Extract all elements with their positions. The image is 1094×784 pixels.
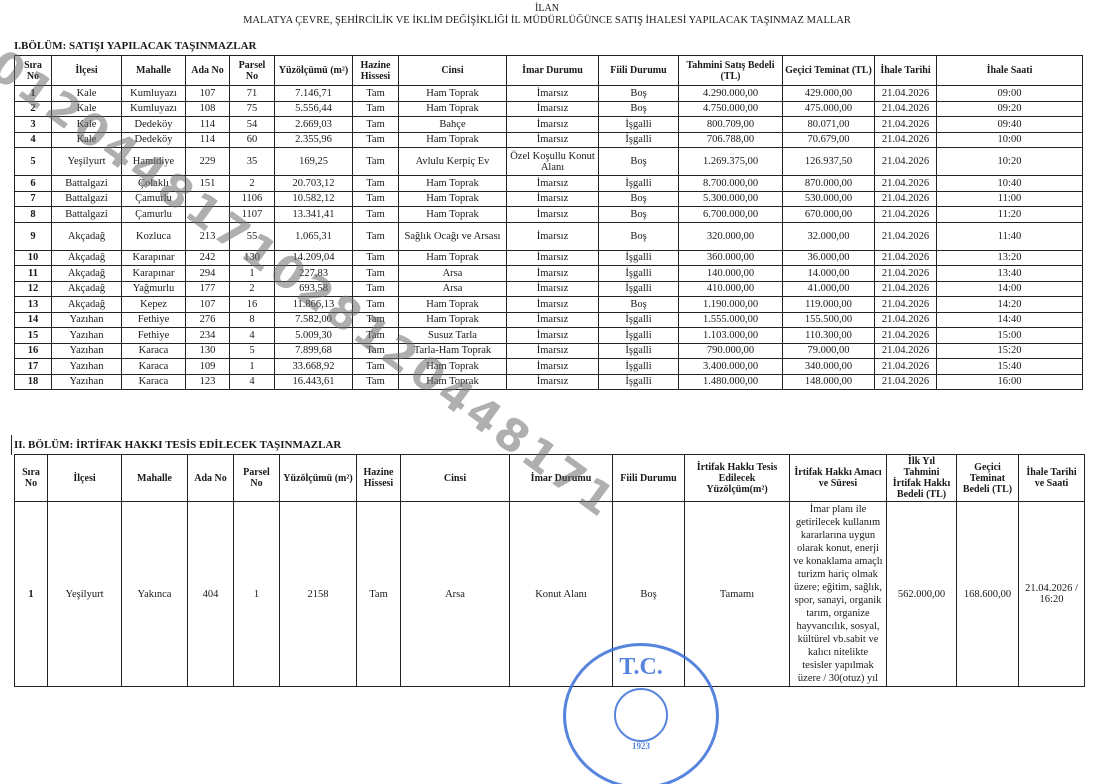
table-cell: 16:00 xyxy=(937,374,1083,390)
table-cell: Ham Toprak xyxy=(399,86,507,102)
table-cell: İmarsız xyxy=(507,191,599,207)
table-cell: 109 xyxy=(186,359,230,375)
table-cell: İmarsız xyxy=(507,117,599,133)
table-cell: Tam xyxy=(353,343,399,359)
table-cell: Tam xyxy=(353,207,399,223)
table-cell: Boş xyxy=(599,222,679,250)
table-cell: 2 xyxy=(230,176,275,192)
table-cell: 1 xyxy=(230,266,275,282)
column-header: Tahmini Satış Bedeli (TL) xyxy=(679,56,783,86)
seal-year: 1923 xyxy=(566,741,716,751)
table-cell: Ham Toprak xyxy=(399,176,507,192)
table-cell: 21.04.2026 xyxy=(875,148,937,176)
table-cell: 130 xyxy=(230,250,275,266)
table-row: 12AkçadağYağmurlu1772693,58TamArsaİmarsı… xyxy=(15,281,1083,297)
table-cell: 123 xyxy=(186,374,230,390)
table-cell: Arsa xyxy=(401,502,510,687)
column-header: İrtifak Hakkı Tesis Edilecek Yüzölçüm(m²… xyxy=(685,455,790,502)
table-cell: 1.103.000,00 xyxy=(679,328,783,344)
table-cell: Ham Toprak xyxy=(399,297,507,313)
table-cell: 21.04.2026 xyxy=(875,132,937,148)
table-cell: 1.269.375,00 xyxy=(679,148,783,176)
table-cell: Karaca xyxy=(122,343,186,359)
table-header-row: Sıra NoİlçesiMahalleAda NoParsel NoYüzöl… xyxy=(15,455,1085,502)
table-cell: Ham Toprak xyxy=(399,312,507,328)
table-cell: 71 xyxy=(230,86,275,102)
table-cell: İmarsız xyxy=(507,86,599,102)
table-cell: 234 xyxy=(186,328,230,344)
table-cell: Battalgazi xyxy=(52,176,122,192)
table-cell: 227,83 xyxy=(275,266,353,282)
column-header: Geçici Teminat Bedeli (TL) xyxy=(957,455,1019,502)
table-cell: Kozluca xyxy=(122,222,186,250)
table-cell: Karapınar xyxy=(122,266,186,282)
table-cell: 21.04.2026 xyxy=(875,117,937,133)
table-cell: 21.04.2026 xyxy=(875,343,937,359)
table-cell: 16 xyxy=(15,343,52,359)
table-cell: Tam xyxy=(353,191,399,207)
table-cell: Kumluyazı xyxy=(122,86,186,102)
table-cell: Akçadağ xyxy=(52,250,122,266)
table-cell: 20.703,12 xyxy=(275,176,353,192)
table-cell: Kale xyxy=(52,132,122,148)
seal-emblem: T.C. xyxy=(566,654,716,681)
table-cell: İşgalli xyxy=(599,117,679,133)
table-cell: 800.709,00 xyxy=(679,117,783,133)
table-cell: Yeşilyurt xyxy=(48,502,122,687)
table-cell: Çamurlu xyxy=(122,207,186,223)
table-cell: 5.556,44 xyxy=(275,101,353,117)
section2-title: II. BÖLÜM: İRTİFAK HAKKI TESİS EDİLECEK … xyxy=(14,439,341,451)
table-cell: Ham Toprak xyxy=(399,250,507,266)
table-cell: Yazıhan xyxy=(52,328,122,344)
notice-subtitle: MALATYA ÇEVRE, ŞEHİRCİLİK VE İKLİM DEĞİŞ… xyxy=(0,15,1094,26)
table-cell: 21.04.2026 xyxy=(875,312,937,328)
table-cell: Dedeköy xyxy=(122,117,186,133)
table-cell: 36.000,00 xyxy=(783,250,875,266)
table-cell: 340.000,00 xyxy=(783,359,875,375)
table-cell: 21.04.2026 xyxy=(875,222,937,250)
table-cell: Çolaklı xyxy=(122,176,186,192)
table-cell: 21.04.2026 xyxy=(875,101,937,117)
column-header: Cinsi xyxy=(399,56,507,86)
table-cell: 7.899,68 xyxy=(275,343,353,359)
table-cell: Hamidiye xyxy=(122,148,186,176)
table-cell: 1106 xyxy=(230,191,275,207)
table-cell: Tam xyxy=(357,502,401,687)
table-cell: 1.555.000,00 xyxy=(679,312,783,328)
table-cell: 3.400.000,00 xyxy=(679,359,783,375)
column-header: İlk Yıl Tahmini İrtifak Hakkı Bedeli (TL… xyxy=(887,455,957,502)
column-header: Sıra No xyxy=(15,455,48,502)
table-cell: Tam xyxy=(353,176,399,192)
table-cell: Tam xyxy=(353,86,399,102)
table-cell: 14.209,04 xyxy=(275,250,353,266)
table-cell: 09:40 xyxy=(937,117,1083,133)
table-cell: Karapınar xyxy=(122,250,186,266)
table-cell: 5 xyxy=(15,148,52,176)
table-cell: 562.000,00 xyxy=(887,502,957,687)
table-cell: 6.700.000,00 xyxy=(679,207,783,223)
table-cell: 1 xyxy=(234,502,280,687)
table-row: 17YazıhanKaraca109133.668,92TamHam Topra… xyxy=(15,359,1083,375)
table-cell: 2 xyxy=(230,281,275,297)
table-cell: 790.000,00 xyxy=(679,343,783,359)
column-header: Yüzölçümü (m²) xyxy=(280,455,357,502)
table-cell: 3 xyxy=(15,117,52,133)
table-cell: 229 xyxy=(186,148,230,176)
section1-title: I.BÖLÜM: SATIŞI YAPILACAK TAŞINMAZLAR xyxy=(14,40,256,52)
table-cell: İşgalli xyxy=(599,359,679,375)
table-cell: Avlulu Kerpiç Ev xyxy=(399,148,507,176)
table-cell: İşgalli xyxy=(599,132,679,148)
table-cell: 360.000,00 xyxy=(679,250,783,266)
table-cell: İşgalli xyxy=(599,176,679,192)
table-cell: 107 xyxy=(186,297,230,313)
table-cell: Arsa xyxy=(399,266,507,282)
table-cell: 169,25 xyxy=(275,148,353,176)
table-cell: Tam xyxy=(353,222,399,250)
table-cell: 11:40 xyxy=(937,222,1083,250)
column-header: Yüzölçümü (m²) xyxy=(275,56,353,86)
table-cell: İmarsız xyxy=(507,297,599,313)
table-cell: İmarsız xyxy=(507,374,599,390)
table-cell: 4 xyxy=(230,374,275,390)
table-cell: 21.04.2026 xyxy=(875,374,937,390)
crescent-star-icon xyxy=(614,688,668,742)
table-cell: Boş xyxy=(599,207,679,223)
column-header: Mahalle xyxy=(122,56,186,86)
column-header: Sıra No xyxy=(15,56,52,86)
table-cell: Tarla-Ham Toprak xyxy=(399,343,507,359)
table-cell: 5.009,30 xyxy=(275,328,353,344)
table-cell: Kumluyazı xyxy=(122,101,186,117)
table-cell: 276 xyxy=(186,312,230,328)
column-header: İhale Tarihi xyxy=(875,56,937,86)
table-cell: 21.04.2026 xyxy=(875,266,937,282)
column-header: Hazine Hissesi xyxy=(357,455,401,502)
table-cell: Tam xyxy=(353,281,399,297)
table-cell: 1107 xyxy=(230,207,275,223)
table-cell: 79.000,00 xyxy=(783,343,875,359)
table-cell: 7.582,00 xyxy=(275,312,353,328)
table-cell: 13.341,41 xyxy=(275,207,353,223)
table-cell: Arsa xyxy=(399,281,507,297)
table-cell: 1.065,31 xyxy=(275,222,353,250)
table-cell: İmarsız xyxy=(507,176,599,192)
table-cell: 10 xyxy=(15,250,52,266)
table-cell: 5 xyxy=(230,343,275,359)
table-cell: 14:40 xyxy=(937,312,1083,328)
table-cell: Yazıhan xyxy=(52,343,122,359)
table-cell: 110.300,00 xyxy=(783,328,875,344)
table-cell: 09:00 xyxy=(937,86,1083,102)
table-row: 15YazıhanFethiye23445.009,30TamSusuz Tar… xyxy=(15,328,1083,344)
notice-title: İLAN xyxy=(0,3,1094,14)
table-cell: Kale xyxy=(52,101,122,117)
table-row: 18YazıhanKaraca123416.443,61TamHam Topra… xyxy=(15,374,1083,390)
table-row: 3KaleDedeköy114542.669,03TamBahçeİmarsız… xyxy=(15,117,1083,133)
table-cell: Akçadağ xyxy=(52,297,122,313)
table-cell: İmarsız xyxy=(507,207,599,223)
table-cell: Akçadağ xyxy=(52,266,122,282)
table-cell: Yağmurlu xyxy=(122,281,186,297)
column-header: Cinsi xyxy=(401,455,510,502)
table-row: 6BattalgaziÇolaklı151220.703,12TamHam To… xyxy=(15,176,1083,192)
column-header: Geçici Teminat (TL) xyxy=(783,56,875,86)
table-cell: 17 xyxy=(15,359,52,375)
table-cell: 6 xyxy=(15,176,52,192)
table-cell: İşgalli xyxy=(599,250,679,266)
table-cell: 15:00 xyxy=(937,328,1083,344)
table-cell: 15:20 xyxy=(937,343,1083,359)
table-cell: Ham Toprak xyxy=(399,101,507,117)
table-row: 13AkçadağKepez1071611.866,13TamHam Topra… xyxy=(15,297,1083,313)
table-cell: 108 xyxy=(186,101,230,117)
table-cell: İmarsız xyxy=(507,281,599,297)
table-cell: 114 xyxy=(186,132,230,148)
table-cell: Tam xyxy=(353,297,399,313)
table-cell: Boş xyxy=(599,191,679,207)
table-cell: 4.750.000,00 xyxy=(679,101,783,117)
table-cell: 21.04.2026 xyxy=(875,281,937,297)
table-cell: Tam xyxy=(353,250,399,266)
table-cell: Boş xyxy=(599,148,679,176)
table-cell: 21.04.2026 xyxy=(875,86,937,102)
table-cell: 148.000,00 xyxy=(783,374,875,390)
table-cell: İşgalli xyxy=(599,281,679,297)
table-cell: İmarsız xyxy=(507,132,599,148)
table-cell: 21.04.2026 xyxy=(875,191,937,207)
table-cell: 10:00 xyxy=(937,132,1083,148)
table-row: 9AkçadağKozluca213551.065,31TamSağlık Oc… xyxy=(15,222,1083,250)
table-cell: 21.04.2026 xyxy=(875,207,937,223)
table-cell: 14:00 xyxy=(937,281,1083,297)
table-cell: 126.937,50 xyxy=(783,148,875,176)
table-cell: Yazıhan xyxy=(52,359,122,375)
table-cell: 41.000,00 xyxy=(783,281,875,297)
table-cell: 294 xyxy=(186,266,230,282)
table-cell: Tam xyxy=(353,266,399,282)
column-header: Parsel No xyxy=(234,455,280,502)
table-row: 4KaleDedeköy114602.355,96TamHam Toprakİm… xyxy=(15,132,1083,148)
column-header: İlçesi xyxy=(52,56,122,86)
table-cell: 670.000,00 xyxy=(783,207,875,223)
table-cell: 21.04.2026 xyxy=(875,359,937,375)
table-cell: İmarsız xyxy=(507,222,599,250)
table-cell: 5.300.000,00 xyxy=(679,191,783,207)
table-cell: Bahçe xyxy=(399,117,507,133)
column-header: İmar Durumu xyxy=(507,56,599,86)
column-header: Fiili Durumu xyxy=(613,455,685,502)
table-cell: 21.04.2026 / 16:20 xyxy=(1019,502,1085,687)
table-row: 5YeşilyurtHamidiye22935169,25TamAvlulu K… xyxy=(15,148,1083,176)
table-cell xyxy=(186,191,230,207)
table-cell: İmarsız xyxy=(507,312,599,328)
table-cell: 11 xyxy=(15,266,52,282)
table-cell: Battalgazi xyxy=(52,207,122,223)
table-cell: 35 xyxy=(230,148,275,176)
table-cell: 09:20 xyxy=(937,101,1083,117)
table-cell: 114 xyxy=(186,117,230,133)
table-cell: Battalgazi xyxy=(52,191,122,207)
easement-properties-table: Sıra NoİlçesiMahalleAda NoParsel NoYüzöl… xyxy=(14,454,1085,687)
table-cell: 10.582,12 xyxy=(275,191,353,207)
table-cell: Ham Toprak xyxy=(399,207,507,223)
column-header: Mahalle xyxy=(122,455,188,502)
table-cell: 410.000,00 xyxy=(679,281,783,297)
table-row: 11AkçadağKarapınar2941227,83TamArsaİmars… xyxy=(15,266,1083,282)
column-header: İrtifak Hakkı Amacı ve Süresi xyxy=(790,455,887,502)
table-row: 8BattalgaziÇamurlu110713.341,41TamHam To… xyxy=(15,207,1083,223)
table-cell: Akçadağ xyxy=(52,281,122,297)
table-row: 7BattalgaziÇamurlu110610.582,12TamHam To… xyxy=(15,191,1083,207)
table-row: 1YeşilyurtYakınca40412158TamArsaKonut Al… xyxy=(15,502,1085,687)
table-cell: Özel Koşullu Konut Alanı xyxy=(507,148,599,176)
table-cell: 15 xyxy=(15,328,52,344)
table-cell: 2.669,03 xyxy=(275,117,353,133)
table-cell: Tam xyxy=(353,132,399,148)
table-cell: 242 xyxy=(186,250,230,266)
table-cell: 15:40 xyxy=(937,359,1083,375)
table-cell: 10:40 xyxy=(937,176,1083,192)
table-cell: İşgalli xyxy=(599,328,679,344)
table-cell: 151 xyxy=(186,176,230,192)
table-cell: İşgalli xyxy=(599,374,679,390)
table-cell: Tam xyxy=(353,359,399,375)
table-cell: 14 xyxy=(15,312,52,328)
table-cell: 55 xyxy=(230,222,275,250)
table-cell: İmarsız xyxy=(507,101,599,117)
table-cell: 1.480.000,00 xyxy=(679,374,783,390)
table-cell: 155.500,00 xyxy=(783,312,875,328)
table-cell: 75 xyxy=(230,101,275,117)
table-cell: İmar planı ile getirilecek kullanım kara… xyxy=(790,502,887,687)
table-cell: Tam xyxy=(353,312,399,328)
table-cell: 14.000,00 xyxy=(783,266,875,282)
table-cell: 11.866,13 xyxy=(275,297,353,313)
table-cell: Tam xyxy=(353,148,399,176)
table-cell: 11:00 xyxy=(937,191,1083,207)
table-row: 14YazıhanFethiye27687.582,00TamHam Topra… xyxy=(15,312,1083,328)
table-row: 2KaleKumluyazı108755.556,44TamHam Toprak… xyxy=(15,101,1083,117)
table-cell: 2158 xyxy=(280,502,357,687)
column-header: Fiili Durumu xyxy=(599,56,679,86)
table-cell: İşgalli xyxy=(599,312,679,328)
table-cell: Tam xyxy=(353,374,399,390)
table-cell: 4 xyxy=(230,328,275,344)
table-cell: Ham Toprak xyxy=(399,359,507,375)
table-cell: 21.04.2026 xyxy=(875,297,937,313)
table-cell: 32.000,00 xyxy=(783,222,875,250)
table-cell: 8 xyxy=(15,207,52,223)
table-cell: 429.000,00 xyxy=(783,86,875,102)
table-cell: 1 xyxy=(15,502,48,687)
table-cell: 107 xyxy=(186,86,230,102)
table-cell: 70.679,00 xyxy=(783,132,875,148)
table-cell: 130 xyxy=(186,343,230,359)
table-cell: Karaca xyxy=(122,359,186,375)
section-divider xyxy=(11,435,12,455)
table-cell: Kepez xyxy=(122,297,186,313)
table-cell: İmarsız xyxy=(507,343,599,359)
table-cell: Akçadağ xyxy=(52,222,122,250)
table-cell: İşgalli xyxy=(599,266,679,282)
column-header: İlçesi xyxy=(48,455,122,502)
table-cell: Karaca xyxy=(122,374,186,390)
table-cell: İmarsız xyxy=(507,359,599,375)
table-row: 10AkçadağKarapınar24213014.209,04TamHam … xyxy=(15,250,1083,266)
table-cell: Yakınca xyxy=(122,502,188,687)
table-cell: 706.788,00 xyxy=(679,132,783,148)
table-cell: İmarsız xyxy=(507,250,599,266)
table-cell: Susuz Tarla xyxy=(399,328,507,344)
table-cell: Yazıhan xyxy=(52,374,122,390)
table-cell: 21.04.2026 xyxy=(875,250,937,266)
table-cell xyxy=(186,207,230,223)
table-cell: 119.000,00 xyxy=(783,297,875,313)
table-cell: Kale xyxy=(52,86,122,102)
column-header: İhale Saati xyxy=(937,56,1083,86)
table-cell: 9 xyxy=(15,222,52,250)
table-cell: Boş xyxy=(599,86,679,102)
table-cell: 13:40 xyxy=(937,266,1083,282)
table-cell: Tam xyxy=(353,328,399,344)
table-cell: 21.04.2026 xyxy=(875,328,937,344)
column-header: Parsel No xyxy=(230,56,275,86)
table-cell: 693,58 xyxy=(275,281,353,297)
table-cell: 870.000,00 xyxy=(783,176,875,192)
table-cell: 7.146,71 xyxy=(275,86,353,102)
table-cell: Sağlık Ocağı ve Arsası xyxy=(399,222,507,250)
table-cell: İmarsız xyxy=(507,328,599,344)
table-cell: Kale xyxy=(52,117,122,133)
column-header: İmar Durumu xyxy=(510,455,613,502)
table-cell: 2.355,96 xyxy=(275,132,353,148)
table-row: 1KaleKumluyazı107717.146,71TamHam Toprak… xyxy=(15,86,1083,102)
table-cell: 13 xyxy=(15,297,52,313)
column-header: Ada No xyxy=(186,56,230,86)
sale-properties-table: Sıra NoİlçesiMahalleAda NoParsel NoYüzöl… xyxy=(14,55,1083,390)
table-cell: 404 xyxy=(188,502,234,687)
table-cell: Yeşilyurt xyxy=(52,148,122,176)
official-seal-stamp: T.C. 1923 xyxy=(563,643,719,784)
column-header: Ada No xyxy=(188,455,234,502)
table-cell: Ham Toprak xyxy=(399,132,507,148)
table-cell: Ham Toprak xyxy=(399,191,507,207)
table-cell: 12 xyxy=(15,281,52,297)
table-cell: 8 xyxy=(230,312,275,328)
table-cell: Boş xyxy=(599,101,679,117)
table-cell: 11:20 xyxy=(937,207,1083,223)
table-cell: 16 xyxy=(230,297,275,313)
table-cell: 530.000,00 xyxy=(783,191,875,207)
table-cell: 16.443,61 xyxy=(275,374,353,390)
column-header: İhale Tarihi ve Saati xyxy=(1019,455,1085,502)
table-cell: 80.071,00 xyxy=(783,117,875,133)
table-cell: 7 xyxy=(15,191,52,207)
table-cell: 475.000,00 xyxy=(783,101,875,117)
table-cell: 4 xyxy=(15,132,52,148)
table-cell: 168.600,00 xyxy=(957,502,1019,687)
table-cell: 140.000,00 xyxy=(679,266,783,282)
table-cell: 21.04.2026 xyxy=(875,176,937,192)
table-cell: 8.700.000,00 xyxy=(679,176,783,192)
table-header-row: Sıra NoİlçesiMahalleAda NoParsel NoYüzöl… xyxy=(15,56,1083,86)
table-cell: Dedeköy xyxy=(122,132,186,148)
table-cell: 320.000,00 xyxy=(679,222,783,250)
table-cell: 2 xyxy=(15,101,52,117)
